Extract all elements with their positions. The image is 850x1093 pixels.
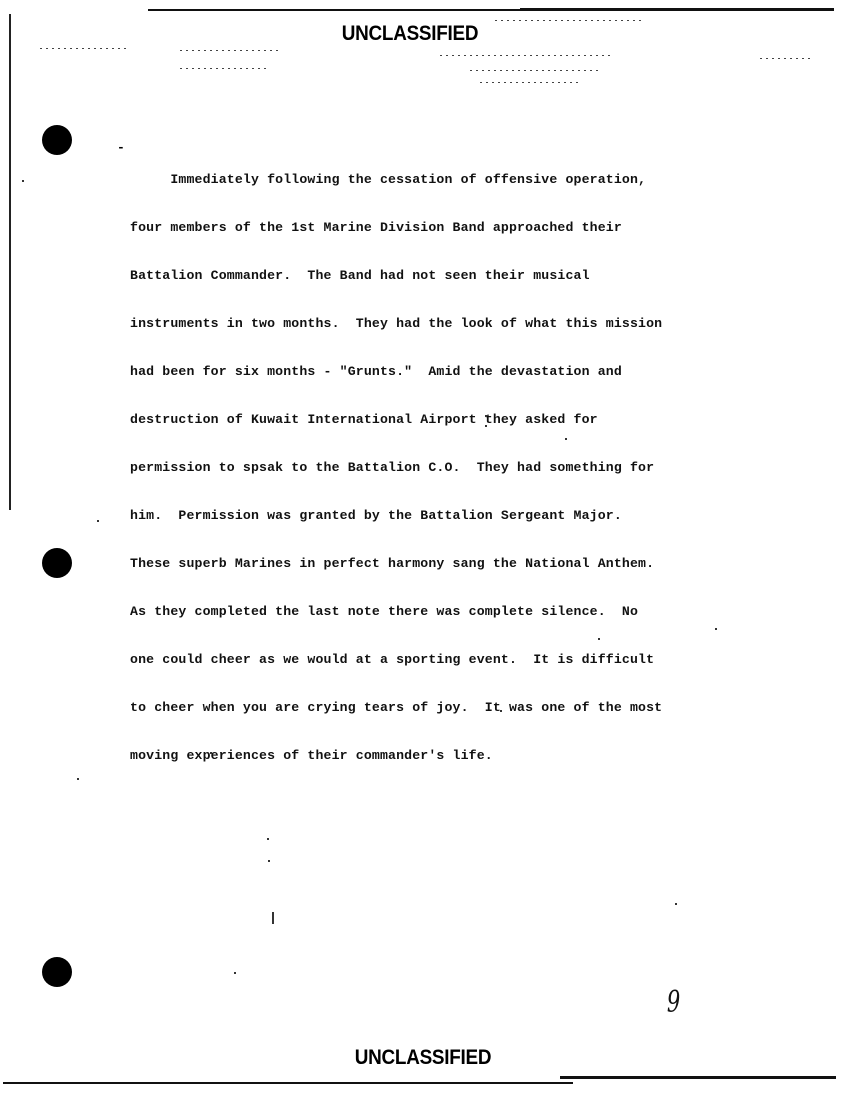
paragraph-line: had been for six months - "Grunts." Amid…: [130, 364, 790, 380]
scan-speck: [22, 180, 24, 182]
paragraph-line: four members of the 1st Marine Division …: [130, 220, 790, 236]
punch-hole: [42, 548, 72, 578]
scan-speck: [715, 628, 717, 630]
scan-noise: [495, 20, 645, 21]
handwritten-page-number: 9: [667, 985, 680, 1020]
scan-noise: [180, 68, 270, 69]
paragraph-line: Immediately following the cessation of o…: [130, 172, 790, 188]
scan-noise: [760, 58, 810, 59]
scan-noise: [440, 55, 610, 56]
paragraph-line: permission to spsak to the Battalion C.O…: [130, 460, 790, 476]
scan-speck: [267, 838, 269, 840]
scan-speck: [210, 752, 212, 754]
paragraph-line: Battalion Commander. The Band had not se…: [130, 268, 790, 284]
classification-banner-top: UNCLASSIFIED: [28, 22, 793, 46]
scan-noise: [180, 50, 280, 51]
paragraph-line: As they completed the last note there wa…: [130, 604, 790, 620]
scan-speck: [485, 415, 487, 417]
paragraph-line: destruction of Kuwait International Airp…: [130, 412, 790, 428]
classification-banner-bottom: UNCLASSIFIED: [41, 1046, 806, 1070]
paragraph-line: These superb Marines in perfect harmony …: [130, 556, 790, 572]
left-margin-rule: [9, 14, 11, 510]
scan-noise: [40, 48, 130, 49]
paragraph-line: instruments in two months. They had the …: [130, 316, 790, 332]
paragraph-line: moving experiences of their commander's …: [130, 748, 790, 764]
paragraph-line: him. Permission was granted by the Batta…: [130, 508, 790, 524]
scan-noise: [480, 82, 580, 83]
scan-speck: [234, 972, 236, 974]
scan-speck: [485, 425, 487, 427]
paragraph-line: one could cheer as we would at a sportin…: [130, 652, 790, 668]
scan-speck: [675, 903, 677, 905]
scan-speck: [272, 912, 274, 924]
bottom-rule-right: [560, 1076, 836, 1079]
leading-mark: -: [117, 140, 125, 155]
body-paragraph: Immediately following the cessation of o…: [130, 140, 790, 796]
scan-speck: [500, 710, 502, 712]
bottom-rule: [3, 1082, 573, 1084]
scan-speck: [598, 638, 600, 640]
scan-speck: [268, 860, 270, 862]
punch-hole: [42, 125, 72, 155]
scan-speck: [565, 438, 567, 440]
paragraph-line: to cheer when you are crying tears of jo…: [130, 700, 790, 716]
scan-speck: [97, 520, 99, 522]
scan-noise: [470, 70, 600, 71]
punch-hole: [42, 957, 72, 987]
scan-speck: [77, 778, 79, 780]
top-rule-thick: [520, 8, 834, 11]
document-page: UNCLASSIFIED - Immediately following the…: [0, 0, 850, 1093]
